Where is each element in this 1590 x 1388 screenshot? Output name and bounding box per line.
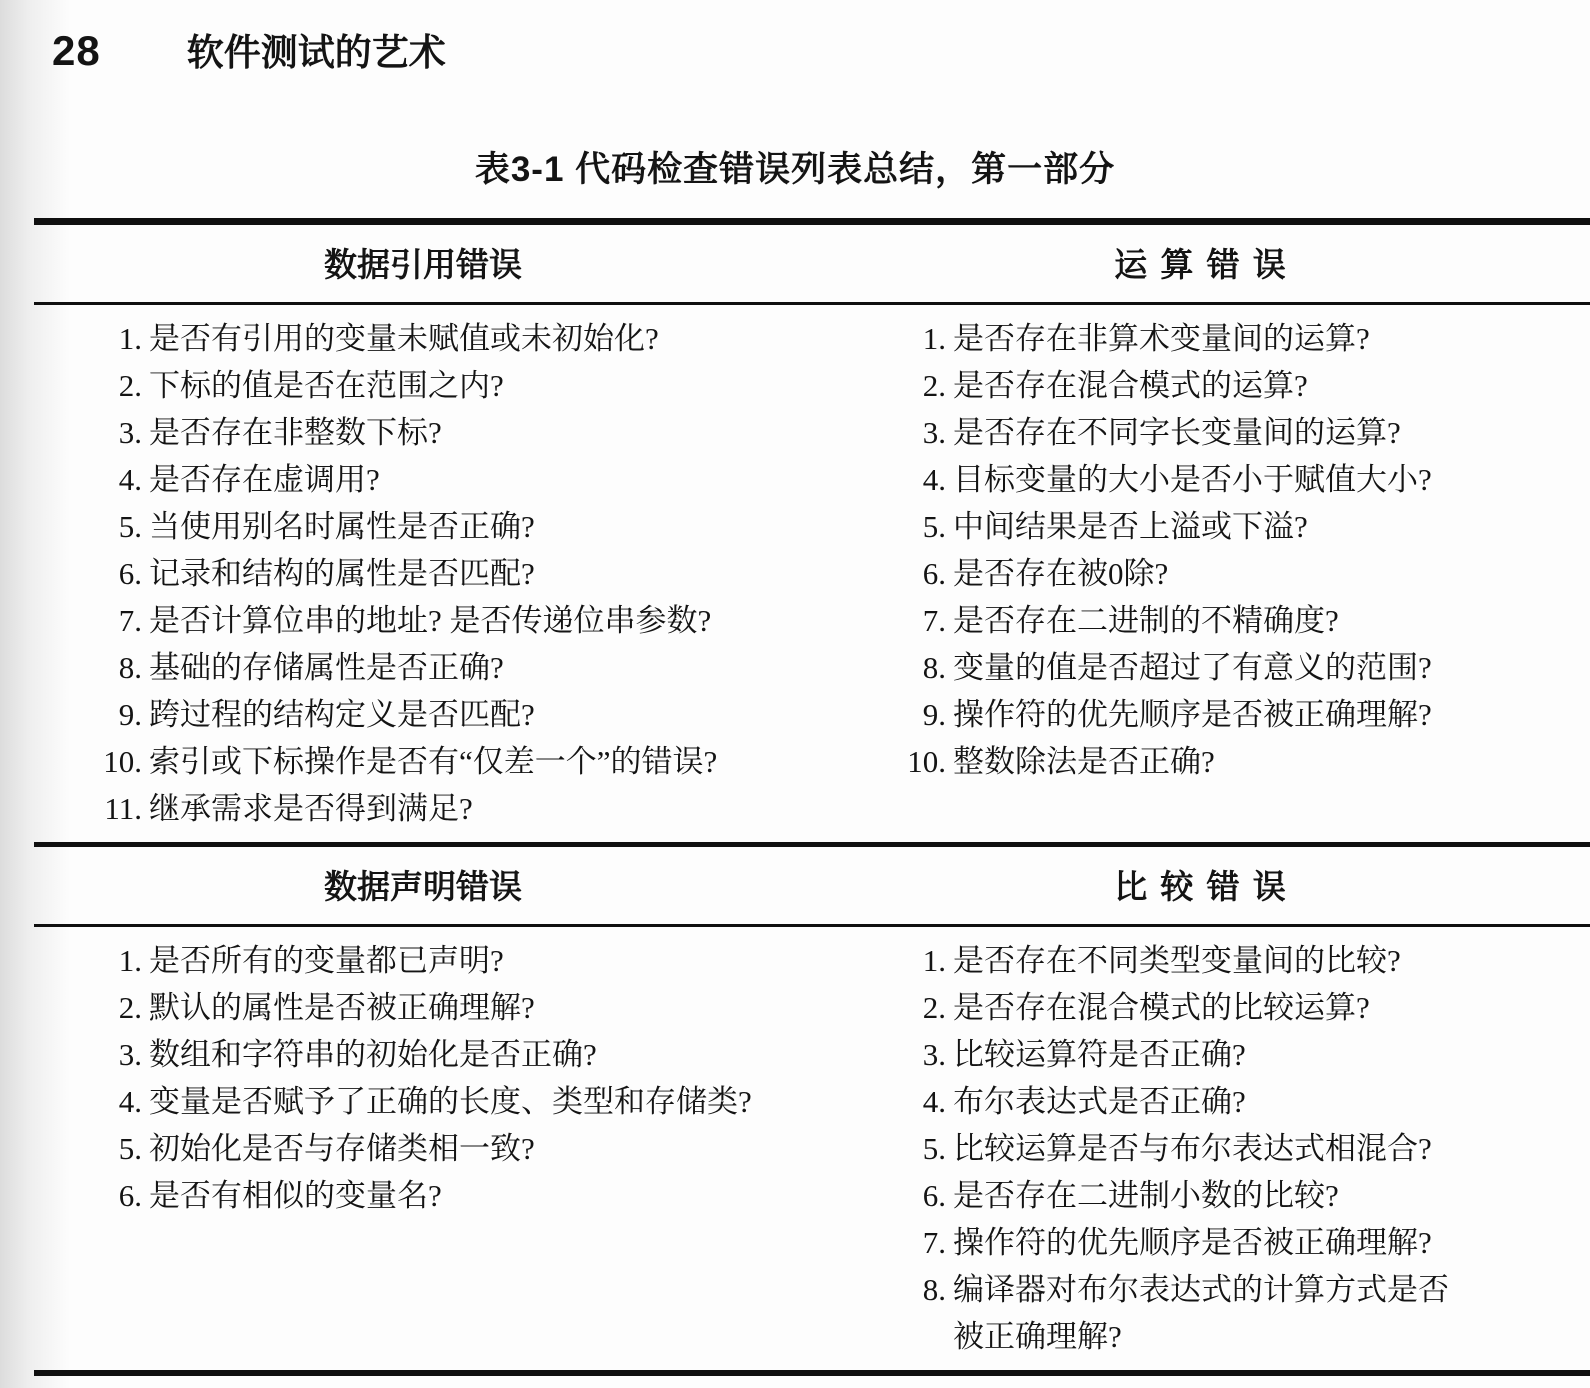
item-text: 数组和字符串的初始化是否正确? — [142, 1031, 597, 1078]
item-text: 是否存在不同字长变量间的运算? — [946, 409, 1401, 456]
item-text: 是否存在二进制的不精确度? — [946, 597, 1339, 644]
item-number: 7. — [898, 597, 946, 644]
item-text: 下标的值是否在范围之内? — [142, 362, 504, 409]
item-number: 2. — [94, 984, 142, 1031]
table-caption: 表3-1 代码检查错误列表总结，第一部分 — [0, 142, 1590, 192]
item-text: 记录和结构的属性是否匹配? — [142, 550, 535, 597]
item-number: 6. — [898, 1172, 946, 1219]
item-number: 8. — [898, 644, 946, 691]
list-item: 1.是否存在非算术变量间的运算? — [898, 315, 1590, 362]
table-section-2: 数据声明错误 比 较 错 误 1.是否所有的变量都已声明?2.默认的属性是否被正… — [34, 842, 1590, 1370]
list-item: 7.是否存在二进制的不精确度? — [898, 597, 1590, 644]
item-number: 1. — [94, 315, 142, 362]
list-item: 5.比较运算是否与布尔表达式相混合? — [898, 1125, 1590, 1172]
book-page: 28 软件测试的艺术 表3-1 代码检查错误列表总结，第一部分 数据引用错误 运… — [0, 0, 1590, 1376]
item-text: 中间结果是否上溢或下溢? — [946, 503, 1308, 550]
list-item: 5.中间结果是否上溢或下溢? — [898, 503, 1590, 550]
item-number: 2. — [898, 984, 946, 1031]
list-item: 11.继承需求是否得到满足? — [94, 785, 812, 832]
item-text: 基础的存储属性是否正确? — [142, 644, 504, 691]
item-text: 比较运算是否与布尔表达式相混合? — [946, 1125, 1432, 1172]
list-item: 4.布尔表达式是否正确? — [898, 1078, 1590, 1125]
item-number: 3. — [94, 409, 142, 456]
section-1-header-row: 数据引用错误 运 算 错 误 — [34, 225, 1590, 305]
list-item: 6.记录和结构的属性是否匹配? — [94, 550, 812, 597]
item-text: 继承需求是否得到满足? — [142, 785, 473, 832]
section-2-body: 1.是否所有的变量都已声明?2.默认的属性是否被正确理解?3.数组和字符串的初始… — [34, 927, 1590, 1370]
item-number: 4. — [94, 1078, 142, 1125]
item-text: 是否存在虚调用? — [142, 456, 380, 503]
item-number: 3. — [898, 409, 946, 456]
item-number: 3. — [898, 1031, 946, 1078]
list-item: 4.变量是否赋予了正确的长度、类型和存储类? — [94, 1078, 812, 1125]
list-item: 3.是否存在不同字长变量间的运算? — [898, 409, 1590, 456]
item-text: 是否计算位串的地址? 是否传递位串参数? — [142, 597, 711, 644]
list-item: 1.是否所有的变量都已声明? — [94, 937, 812, 984]
page-number: 28 — [52, 27, 101, 75]
item-text: 变量是否赋予了正确的长度、类型和存储类? — [142, 1078, 752, 1125]
list-item: 1.是否有引用的变量未赋值或未初始化? — [94, 315, 812, 362]
item-text: 默认的属性是否被正确理解? — [142, 984, 535, 1031]
item-number: 7. — [94, 597, 142, 644]
list-item: 8.编译器对布尔表达式的计算方式是否被正确理解? — [898, 1266, 1590, 1360]
list-item: 10.整数除法是否正确? — [898, 738, 1590, 785]
item-text: 比较运算符是否正确? — [946, 1031, 1246, 1078]
data-reference-errors-list: 1.是否有引用的变量未赋值或未初始化?2.下标的值是否在范围之内?3.是否存在非… — [34, 315, 812, 832]
item-number: 6. — [898, 550, 946, 597]
list-item: 10.索引或下标操作是否有“仅差一个”的错误? — [94, 738, 812, 785]
list-item: 5.当使用别名时属性是否正确? — [94, 503, 812, 550]
item-text: 是否有相似的变量名? — [142, 1172, 442, 1219]
item-number: 11. — [94, 785, 142, 832]
item-number: 6. — [94, 550, 142, 597]
item-number: 1. — [898, 315, 946, 362]
item-number: 1. — [898, 937, 946, 984]
checklist-table: 数据引用错误 运 算 错 误 1.是否有引用的变量未赋值或未初始化?2.下标的值… — [34, 218, 1590, 1376]
column-header-comparison-errors: 比 较 错 误 — [812, 861, 1590, 908]
section-1-body: 1.是否有引用的变量未赋值或未初始化?2.下标的值是否在范围之内?3.是否存在非… — [34, 305, 1590, 842]
item-number: 8. — [94, 644, 142, 691]
item-number: 2. — [898, 362, 946, 409]
item-text: 是否有引用的变量未赋值或未初始化? — [142, 315, 659, 362]
item-text: 是否所有的变量都已声明? — [142, 937, 504, 984]
list-item: 6.是否存在被0除? — [898, 550, 1590, 597]
item-text: 整数除法是否正确? — [946, 738, 1215, 785]
item-text: 操作符的优先顺序是否被正确理解? — [946, 1219, 1432, 1266]
list-item: 2.下标的值是否在范围之内? — [94, 362, 812, 409]
item-number: 3. — [94, 1031, 142, 1078]
list-item: 2.是否存在混合模式的比较运算? — [898, 984, 1590, 1031]
list-item: 4.目标变量的大小是否小于赋值大小? — [898, 456, 1590, 503]
list-item: 7.是否计算位串的地址? 是否传递位串参数? — [94, 597, 812, 644]
item-number: 7. — [898, 1219, 946, 1266]
item-text: 是否存在混合模式的比较运算? — [946, 984, 1370, 1031]
list-item: 9.跨过程的结构定义是否匹配? — [94, 691, 812, 738]
item-number: 4. — [94, 456, 142, 503]
computation-errors-list: 1.是否存在非算术变量间的运算?2.是否存在混合模式的运算?3.是否存在不同字长… — [812, 315, 1590, 832]
list-item: 4.是否存在虚调用? — [94, 456, 812, 503]
item-text: 是否存在混合模式的运算? — [946, 362, 1308, 409]
section-2-header-row: 数据声明错误 比 较 错 误 — [34, 847, 1590, 927]
item-text: 编译器对布尔表达式的计算方式是否被正确理解? — [946, 1266, 1468, 1360]
item-text: 索引或下标操作是否有“仅差一个”的错误? — [142, 738, 717, 785]
list-item: 8.基础的存储属性是否正确? — [94, 644, 812, 691]
column-header-data-declaration-errors: 数据声明错误 — [34, 861, 812, 908]
item-text: 初始化是否与存储类相一致? — [142, 1125, 535, 1172]
book-title: 软件测试的艺术 — [187, 22, 446, 76]
item-number: 5. — [898, 503, 946, 550]
list-item: 7.操作符的优先顺序是否被正确理解? — [898, 1219, 1590, 1266]
item-number: 2. — [94, 362, 142, 409]
item-text: 当使用别名时属性是否正确? — [142, 503, 535, 550]
column-header-data-reference-errors: 数据引用错误 — [34, 239, 812, 286]
item-text: 目标变量的大小是否小于赋值大小? — [946, 456, 1432, 503]
item-text: 是否存在二进制小数的比较? — [946, 1172, 1339, 1219]
item-text: 是否存在不同类型变量间的比较? — [946, 937, 1401, 984]
list-item: 8.变量的值是否超过了有意义的范围? — [898, 644, 1590, 691]
list-item: 5.初始化是否与存储类相一致? — [94, 1125, 812, 1172]
list-item: 9.操作符的优先顺序是否被正确理解? — [898, 691, 1590, 738]
item-number: 5. — [94, 503, 142, 550]
list-item: 1.是否存在不同类型变量间的比较? — [898, 937, 1590, 984]
item-number: 4. — [898, 1078, 946, 1125]
item-text: 是否存在非整数下标? — [142, 409, 442, 456]
list-item: 3.是否存在非整数下标? — [94, 409, 812, 456]
item-number: 5. — [898, 1125, 946, 1172]
list-item: 6.是否存在二进制小数的比较? — [898, 1172, 1590, 1219]
list-item: 2.默认的属性是否被正确理解? — [94, 984, 812, 1031]
column-header-computation-errors: 运 算 错 误 — [812, 239, 1590, 286]
item-text: 是否存在非算术变量间的运算? — [946, 315, 1370, 362]
item-text: 跨过程的结构定义是否匹配? — [142, 691, 535, 738]
item-number: 4. — [898, 456, 946, 503]
data-declaration-errors-list: 1.是否所有的变量都已声明?2.默认的属性是否被正确理解?3.数组和字符串的初始… — [34, 937, 812, 1360]
item-number: 6. — [94, 1172, 142, 1219]
list-item: 3.数组和字符串的初始化是否正确? — [94, 1031, 812, 1078]
item-text: 变量的值是否超过了有意义的范围? — [946, 644, 1432, 691]
item-number: 5. — [94, 1125, 142, 1172]
item-number: 9. — [898, 691, 946, 738]
comparison-errors-list: 1.是否存在不同类型变量间的比较?2.是否存在混合模式的比较运算?3.比较运算符… — [812, 937, 1590, 1360]
item-number: 10. — [94, 738, 142, 785]
table-section-1: 数据引用错误 运 算 错 误 1.是否有引用的变量未赋值或未初始化?2.下标的值… — [34, 225, 1590, 842]
item-text: 是否存在被0除? — [946, 550, 1168, 597]
list-item: 3.比较运算符是否正确? — [898, 1031, 1590, 1078]
item-text: 布尔表达式是否正确? — [946, 1078, 1246, 1125]
item-number: 10. — [898, 738, 946, 785]
list-item: 2.是否存在混合模式的运算? — [898, 362, 1590, 409]
item-number: 8. — [898, 1266, 946, 1360]
item-number: 1. — [94, 937, 142, 984]
item-text: 操作符的优先顺序是否被正确理解? — [946, 691, 1432, 738]
list-item: 6.是否有相似的变量名? — [94, 1172, 812, 1219]
item-number: 9. — [94, 691, 142, 738]
running-head: 28 软件测试的艺术 — [0, 0, 1590, 76]
